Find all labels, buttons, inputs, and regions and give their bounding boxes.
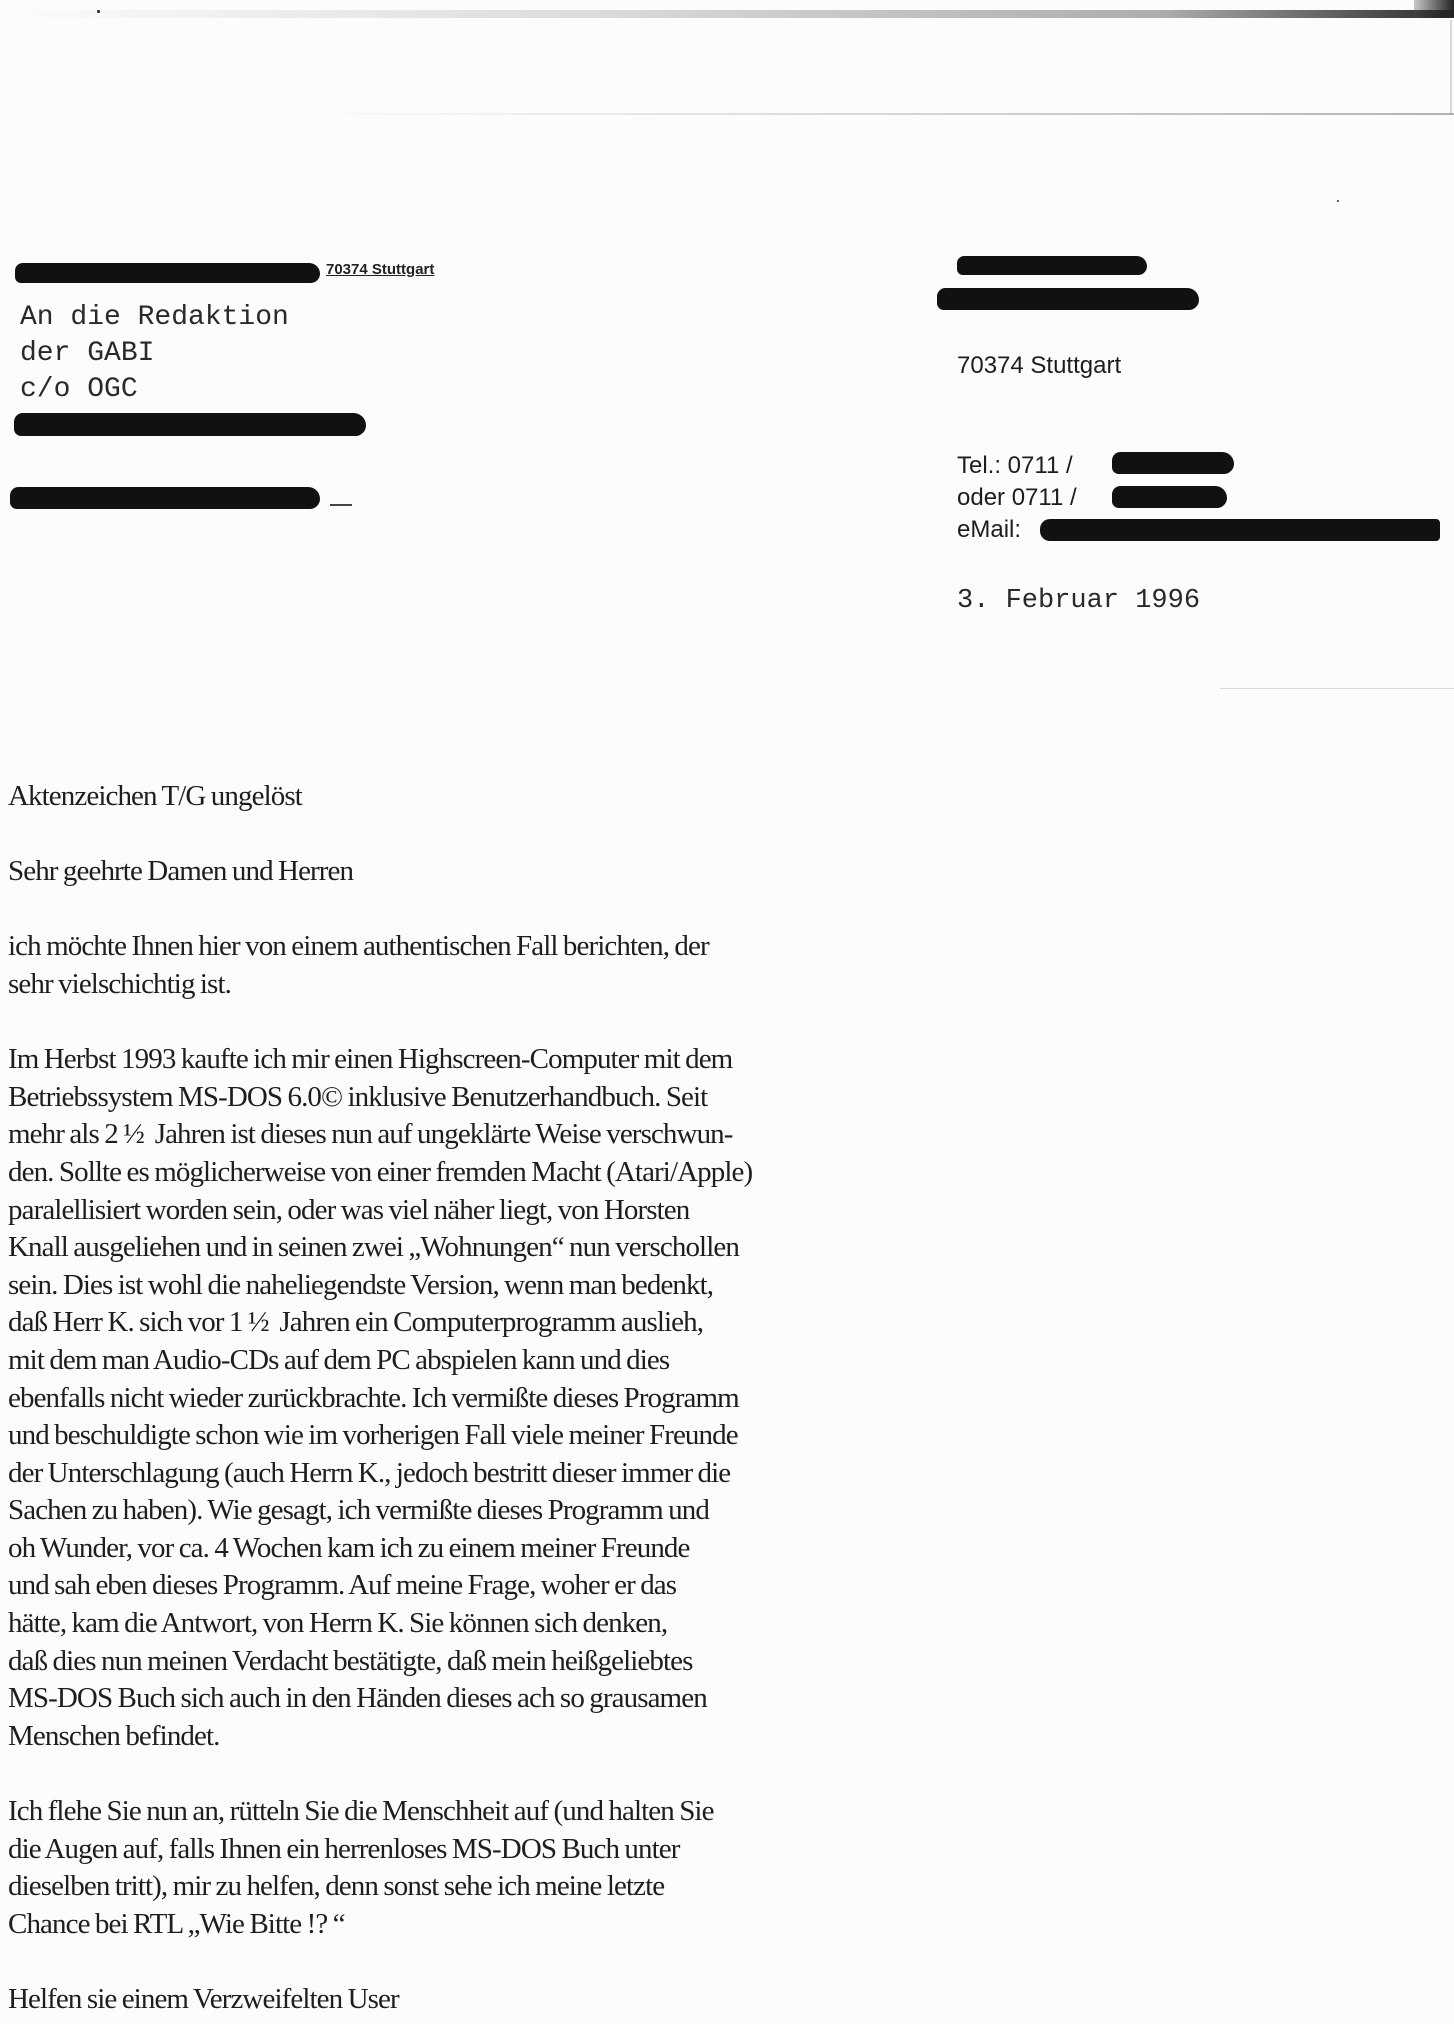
paragraph: ich möchte Ihnen hier von einem authenti…	[8, 928, 988, 1003]
text-line: daß dies nun meinen Verdacht bestätigte,…	[8, 1643, 988, 1681]
text-line: MS-DOS Buch sich auch in den Händen dies…	[8, 1680, 988, 1718]
redaction-bar	[937, 288, 1199, 310]
text-line: daß Herr K. sich vor 1 ½ Jahren ein Comp…	[8, 1304, 988, 1342]
text-line: Im Herbst 1993 kaufte ich mir einen High…	[8, 1041, 988, 1079]
redaction-bar	[957, 256, 1147, 275]
text-line: mehr als 2 ½ Jahren ist dieses nun auf u…	[8, 1116, 988, 1154]
text-line: sehr vielschichtig ist.	[8, 966, 988, 1004]
paragraph: Im Herbst 1993 kaufte ich mir einen High…	[8, 1041, 988, 1755]
text-line: Menschen befindet.	[8, 1718, 988, 1756]
redaction-bar	[10, 487, 320, 509]
text-line: Ich flehe Sie nun an, rütteln Sie die Me…	[8, 1793, 988, 1831]
scan-speck	[1337, 200, 1339, 202]
paragraphs: ich möchte Ihnen hier von einem authenti…	[8, 928, 988, 1981]
text-line: die Augen auf, falls Ihnen ein herrenlos…	[8, 1831, 988, 1869]
scan-artifact-line	[1220, 688, 1454, 689]
scan-artifact-edge	[1450, 20, 1452, 115]
text-line: oh Wunder, vor ca. 4 Wochen kam ich zu e…	[8, 1530, 988, 1568]
sender-return-line: 70374 Stuttgart	[15, 260, 475, 284]
redaction-bar	[1112, 452, 1234, 474]
text-line: mit dem man Audio-CDs auf dem PC abspiel…	[8, 1342, 988, 1380]
closing: Helfen sie einem Verzweifelten User	[8, 1981, 988, 2019]
recipient-line: An die Redaktion	[20, 300, 289, 336]
text-line: Knall ausgeliehen und in seinen zwei „Wo…	[8, 1229, 988, 1267]
salutation: Sehr geehrte Damen und Herren	[8, 853, 988, 891]
text-line: Betriebssystem MS-DOS 6.0© inklusive Ben…	[8, 1079, 988, 1117]
redaction-bar	[1040, 519, 1440, 541]
text-line: sein. Dies ist wohl die naheliegendste V…	[8, 1267, 988, 1305]
text-line: der Unterschlagung (auch Herrn K., jedoc…	[8, 1455, 988, 1493]
sender-city: 70374 Stuttgart	[957, 352, 1121, 380]
letter-body: Aktenzeichen T/G ungelöst Sehr geehrte D…	[8, 778, 988, 2019]
text-line: hätte, kam die Antwort, von Herrn K. Sie…	[8, 1605, 988, 1643]
recipient-address: An die Redaktion der GABI c/o OGC	[20, 300, 289, 408]
scan-artifact-corner	[1414, 0, 1454, 18]
subject-line: Aktenzeichen T/G ungelöst	[8, 778, 988, 816]
email-label: eMail:	[957, 516, 1021, 544]
text-line: und sah eben dieses Programm. Auf meine …	[8, 1567, 988, 1605]
text-line: ebenfalls nicht wieder zurückbrachte. Ic…	[8, 1380, 988, 1418]
scan-artifact-line	[300, 113, 1454, 115]
text-line: den. Sollte es möglicherweise von einer …	[8, 1154, 988, 1192]
scan-mark	[330, 504, 352, 506]
text-line: dieselben tritt), mir zu helfen, denn so…	[8, 1868, 988, 1906]
recipient-line: c/o OGC	[20, 372, 289, 408]
text-line: Sachen zu haben). Wie gesagt, ich vermiß…	[8, 1492, 988, 1530]
text-line: und beschuldigte schon wie im vorherigen…	[8, 1417, 988, 1455]
paragraph: Ich flehe Sie nun an, rütteln Sie die Me…	[8, 1793, 988, 1943]
recipient-line: der GABI	[20, 336, 289, 372]
scan-artifact-top	[0, 10, 1454, 18]
redaction-bar	[1112, 486, 1227, 508]
alt-tel-label: oder 0711 /	[957, 484, 1077, 512]
redaction-bar	[14, 413, 366, 436]
tel-label: Tel.: 0711 /	[957, 452, 1073, 480]
letter-date: 3. Februar 1996	[957, 586, 1200, 616]
return-city: 70374 Stuttgart	[326, 261, 434, 278]
text-line: ich möchte Ihnen hier von einem authenti…	[8, 928, 988, 966]
text-line: paralellisiert worden sein, oder was vie…	[8, 1192, 988, 1230]
text-line: Chance bei RTL „Wie Bitte !? “	[8, 1906, 988, 1944]
scan-speck	[97, 10, 100, 13]
redaction-bar	[15, 263, 320, 283]
